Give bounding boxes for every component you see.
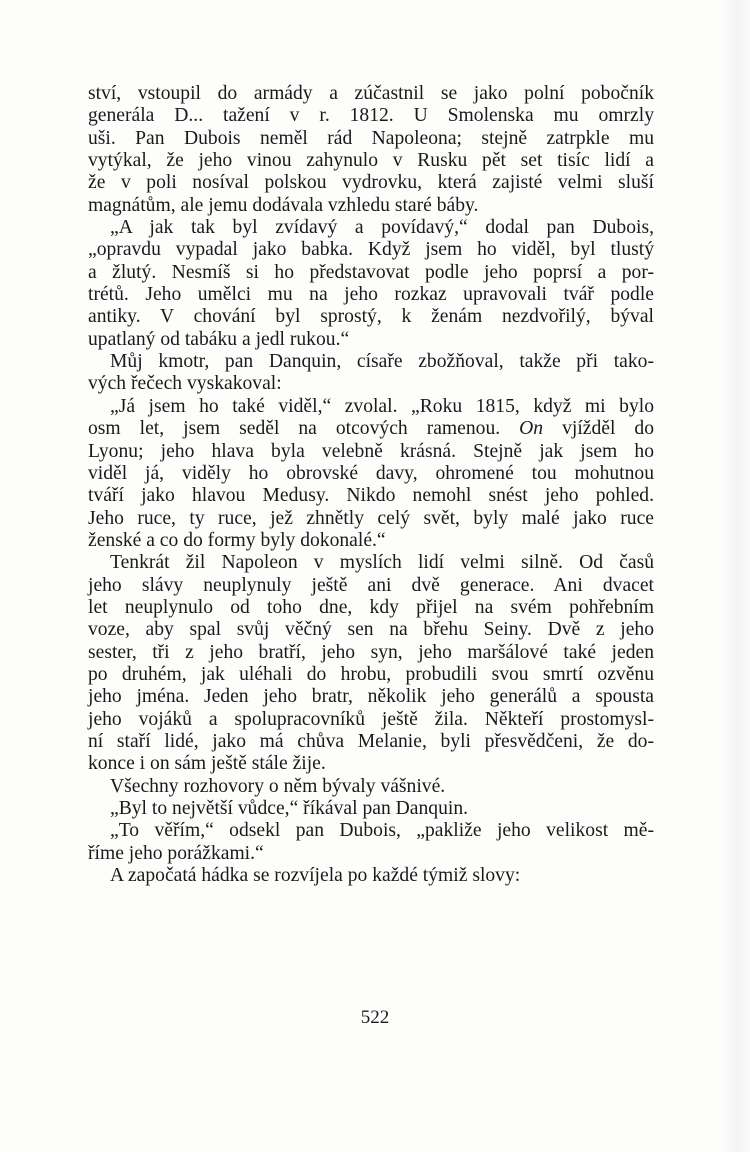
text-line: generála D... tažení v r. 1812. U Smolen… (88, 105, 654, 127)
text-line: Můj kmotr, pan Danquin, císaře zbožňoval… (88, 351, 654, 373)
text-segment: vjížděl do (543, 418, 654, 439)
text-line: „Byl to největší vůdce,“ říkával pan Dan… (88, 798, 654, 820)
text-line: ní staří lidé, jako má chůva Melanie, by… (88, 731, 654, 753)
text-line: ženské a co do formy byly dokonalé.“ (88, 530, 654, 552)
text-line: A započatá hádka se rozvíjela po každé t… (88, 865, 654, 887)
text-line: let neuplynulo od toho dne, kdy přijel n… (88, 597, 654, 619)
text-line: ství, vstoupil do armády a zúčastnil se … (88, 83, 654, 105)
text-line: trétů. Jeho umělci mu na jeho rozkaz upr… (88, 284, 654, 306)
text-line: osm let, jsem seděl na otcových ramenou.… (88, 418, 654, 440)
emphasized-word: On (519, 418, 543, 439)
text-line: „A jak tak byl zvídavý a povídavý,“ doda… (88, 217, 654, 239)
text-line: po druhém, jak uléhali do hrobu, probudi… (88, 664, 654, 686)
text-line: Všechny rozhovory o něm bývaly vášnivé. (88, 776, 654, 798)
text-line: „opravdu vypadal jako babka. Když jsem h… (88, 239, 654, 261)
text-line: Lyonu; jeho hlava byla velebně krásná. S… (88, 441, 654, 463)
text-segment: osm let, jsem seděl na otcových ramenou. (88, 418, 519, 439)
text-line: tváří jako hlavou Medusy. Nikdo nemohl s… (88, 485, 654, 507)
text-line: antiky. V chování byl sprostý, k ženám n… (88, 306, 654, 328)
text-line: viděl já, viděly ho obrovské davy, ohrom… (88, 463, 654, 485)
text-line: Jeho ruce, ty ruce, jež zhnětly celý svě… (88, 508, 654, 530)
book-page-text: ství, vstoupil do armády a zúčastnil se … (88, 83, 654, 887)
text-line: a žlutý. Nesmíš si ho představovat podle… (88, 262, 654, 284)
text-line: upatlaný od tabáku a jedl rukou.“ (88, 329, 654, 351)
text-line: voze, aby spal svůj věčný sen na břehu S… (88, 619, 654, 641)
text-line: že v poli nosíval polskou vydrovku, kter… (88, 172, 654, 194)
text-line: jeho slávy neuplynuly ještě ani dvě gene… (88, 575, 654, 597)
text-line: jeho jména. Jeden jeho bratr, několik je… (88, 686, 654, 708)
text-line: sester, tři z jeho bratří, jeho syn, jeh… (88, 642, 654, 664)
text-line: magnátům, ale jemu dodávala vzhledu star… (88, 195, 654, 217)
text-line: „To věřím,“ odsekl pan Dubois, „pakliže … (88, 820, 654, 842)
page-edge-shadow (720, 0, 750, 1152)
text-line: vytýkal, že jeho vinou zahynulo v Rusku … (88, 150, 654, 172)
text-line: uši. Pan Dubois neměl rád Napoleona; ste… (88, 128, 654, 150)
text-line: jeho vojáků a spolupracovníků ještě žila… (88, 709, 654, 731)
text-line: říme jeho porážkami.“ (88, 843, 654, 865)
page-number: 522 (0, 1007, 750, 1029)
text-line: konce i on sám ještě stále žije. (88, 753, 654, 775)
text-line: Tenkrát žil Napoleon v myslích lidí velm… (88, 552, 654, 574)
text-line: „Já jsem ho také viděl,“ zvolal. „Roku 1… (88, 396, 654, 418)
text-line: vých řečech vyskakoval: (88, 373, 654, 395)
